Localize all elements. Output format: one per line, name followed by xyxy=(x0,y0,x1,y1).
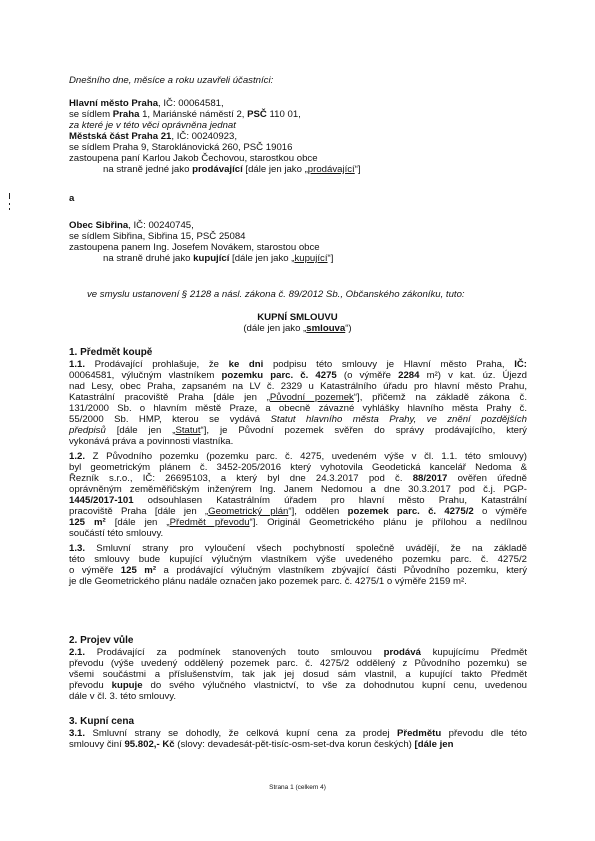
text: [dále jen jako „ xyxy=(229,253,294,264)
text-segment: Katastrální pracoviště Praha [dále jen „ xyxy=(69,392,270,403)
text-segment: kupujícímu Předmět xyxy=(421,647,527,658)
text: “) xyxy=(345,323,351,334)
text-segment: pozemku parc. č. 4275 xyxy=(222,370,337,381)
clause-line: všemi součástmi a příslušenstvím, tak ja… xyxy=(69,669,527,680)
clause-line: nad Lesy, obec Praha, zapsaném na LV č. … xyxy=(69,381,527,392)
text: (dále jen jako „ xyxy=(243,323,306,334)
legal-basis: ve smyslu ustanovení § 2128 a násl. záko… xyxy=(87,289,465,300)
clause-line: 1.3. Smluvní strany pro vyloučení všech … xyxy=(69,543,527,554)
contract-subtitle: (dále jen jako „smlouva“) xyxy=(0,323,595,334)
text-segment: součástí této smlouvy. xyxy=(69,528,163,539)
clause-line: Řezník s.r.o., IČ: 26695103, a který byl… xyxy=(69,473,527,484)
party2-name-line: Obec Sibřina, IČ: 00240745, xyxy=(69,220,194,231)
clause-line: smlouvy činí 95.802,- Kč (slovy: devades… xyxy=(69,739,453,750)
clause-line: součástí této smlouvy. xyxy=(69,528,163,539)
section-3-heading: 3. Kupní cena xyxy=(69,716,134,727)
text-segment: je dle Geometrického plánu nadále označe… xyxy=(69,576,467,587)
text-segment: oprávněným zeměměřičským inženýrem Ing. … xyxy=(69,484,527,495)
margin-mark xyxy=(9,203,10,205)
text: se sídlem xyxy=(69,109,113,120)
text-segment: Předmětu xyxy=(397,728,441,739)
text-segment: Z Původního pozemku (pozemku parc. č. 42… xyxy=(85,451,527,462)
text-segment: 2.1. xyxy=(69,647,85,658)
clause-line: vykonává práva a povinnosti vlastníka. xyxy=(69,436,233,447)
text-segment: 00064581, výlučným vlastníkem xyxy=(69,370,222,381)
text-segment: (slovy: devadesát-pět-tisíc-osm-set-dva … xyxy=(175,739,415,750)
text-segment: o výměře xyxy=(69,565,121,576)
text-segment: dále v čl. 3. této smlouvy. xyxy=(69,691,176,702)
party1-role: na straně jedné jako prodávající [dále j… xyxy=(103,164,361,175)
party1-name-line: Hlavní město Praha, IČ: 00064581, xyxy=(69,98,224,109)
party1-ic: , IČ: 00064581, xyxy=(158,98,224,109)
clause-line: předpisů [dále jen „Statut“], je Původní… xyxy=(69,425,527,436)
party2-ic: , IČ: 00240745, xyxy=(128,220,194,231)
text-segment: 95.802,- Kč xyxy=(124,739,174,750)
clause-line: pracoviště Praha [dále jen „Geometrický … xyxy=(69,506,527,517)
text-segment: ke dni xyxy=(229,359,264,370)
margin-mark xyxy=(9,193,10,199)
text-segment: Prodávající prohlašuje, že xyxy=(85,359,229,370)
margin-mark xyxy=(9,208,10,210)
text-segment: Prodávající za podmínek stanovených tout… xyxy=(85,647,384,658)
clause-line: 1.1. Prodávající prohlašuje, že ke dni p… xyxy=(69,359,527,370)
text-segment: 3.1. xyxy=(69,728,85,739)
clause-line: dále v čl. 3. této smlouvy. xyxy=(69,691,176,702)
clause-line: této smlouvy bude kupující výlučným vlas… xyxy=(69,554,527,565)
text-segment: (o výměře xyxy=(337,370,398,381)
text-segment: IČ: xyxy=(514,359,527,370)
text-segment: kupuje xyxy=(112,680,143,691)
text-segment: smlouvy činí xyxy=(69,739,124,750)
clause-line: 1445/2017-101 odsouhlasen Katastrálním ú… xyxy=(69,495,527,506)
text-segment: “], přičemž na základě zákona č. xyxy=(354,392,527,403)
contract-page: Dnešního dne, měsíce a roku uzavřeli úča… xyxy=(0,0,595,841)
text: [dále jen jako „ xyxy=(243,164,308,175)
text-segment: odsouhlasen Katastrálním úřadem pro hlav… xyxy=(134,495,527,506)
party2-seat: se sídlem Sibřina, Sibřina 15, PSČ 25084 xyxy=(69,231,246,242)
text: kupující xyxy=(193,253,229,264)
district-ic: , IČ: 00240923, xyxy=(171,131,237,142)
contract-title: KUPNÍ SMLOUVU xyxy=(0,312,595,323)
text-segment: všemi součástmi a příslušenstvím, tak ja… xyxy=(69,669,527,680)
clause-line: 1.2. Z Původního pozemku (pozemku parc. … xyxy=(69,451,527,462)
text-segment: 125 m² xyxy=(121,565,156,576)
clause-line: je dle Geometrického plánu nadále označe… xyxy=(69,576,467,587)
text-segment: nad Lesy, obec Praha, zapsaném na LV č. … xyxy=(69,381,527,392)
text-segment: 1.3. xyxy=(69,543,85,554)
text-segment: 1445/2017-101 xyxy=(69,495,134,506)
district-name: Městská část Praha 21 xyxy=(69,131,171,142)
party1-seat: se sídlem Praha 1, Mariánské náměstí 2, … xyxy=(69,109,301,120)
text-segment: pracoviště Praha [dále jen „ xyxy=(69,506,208,517)
text-segment: Smluvní strany se dohodly, že celková ku… xyxy=(85,728,397,739)
text-segment: a prodávající výlučným vlastníkem zbývaj… xyxy=(156,565,527,576)
text: 1, Mariánské náměstí 2, xyxy=(139,109,247,120)
section-2-heading: 2. Projev vůle xyxy=(69,635,133,646)
clause-line: 55/2000 Sb. HMP, kterou se vydává Statut… xyxy=(69,414,527,425)
clause-line: 3.1. Smluvní strany se dohodly, že celko… xyxy=(69,728,527,739)
text-segment: podpisu této smlouvy je Hlavní město Pra… xyxy=(263,359,514,370)
text-segment: 1.1. xyxy=(69,359,85,370)
text-segment: “]. Originál Geometrického plánu je příl… xyxy=(250,517,527,528)
party2-represented: zastoupena panem Ing. Josefem Novákem, s… xyxy=(69,242,320,253)
text: prodávající xyxy=(308,164,355,175)
text: prodávající xyxy=(192,164,243,175)
text-segment: 2284 xyxy=(398,370,419,381)
party2-name: Obec Sibřina xyxy=(69,220,128,231)
clause-line: převodu (výše uvedený oddělený pozemek p… xyxy=(69,658,527,669)
text-segment: m²) v kat. úz. Újezd xyxy=(419,370,527,381)
text: smlouva xyxy=(306,323,345,334)
text-segment: “], je Původní pozemek svěřen do správy … xyxy=(201,425,527,436)
text-segment: Statut hlavního města Prahy, ve znění po… xyxy=(271,414,527,425)
text-segment: o výměře xyxy=(474,506,527,517)
clause-line: převodu kupuje do svého výlučného vlastn… xyxy=(69,680,527,691)
clause-line: 00064581, výlučným vlastníkem pozemku pa… xyxy=(69,370,527,381)
text-segment: 131/2000 Sb. o hlavním městě Praze, a ob… xyxy=(69,403,527,414)
text-segment: Původní pozemek xyxy=(270,392,354,403)
party2-role: na straně druhé jako kupující [dále jen … xyxy=(103,253,333,264)
text-segment: [dále jen „ xyxy=(106,517,170,528)
text-segment: [dále jen xyxy=(415,739,454,750)
party1-authorized: za které je v této věci oprávněna jednat xyxy=(69,120,236,131)
text-segment: [dále jen „ xyxy=(106,425,176,436)
text-segment: “], oddělen xyxy=(288,506,347,517)
conjunction: a xyxy=(69,193,74,204)
text: PSČ xyxy=(247,109,267,120)
text-segment: prodává xyxy=(384,647,421,658)
text-segment: vykonává práva a povinnosti vlastníka. xyxy=(69,436,233,447)
text-segment: byl geometrickým plánem č. 3452-205/2016… xyxy=(69,462,527,473)
text-segment: 125 m² xyxy=(69,517,106,528)
text: na straně jedné jako xyxy=(103,164,192,175)
party1-name: Hlavní město Praha xyxy=(69,98,158,109)
district-line: Městská část Praha 21, IČ: 00240923, xyxy=(69,131,237,142)
text-segment: Řezník s.r.o., IČ: 26695103, a který byl… xyxy=(69,473,413,484)
clause-line: 125 m² [dále jen „Předmět převodu“]. Ori… xyxy=(69,517,527,528)
text: 110 01, xyxy=(267,109,301,120)
text-segment: ověřen úředně xyxy=(447,473,527,484)
text: na straně druhé jako xyxy=(103,253,193,264)
text-segment: Geometrický plán xyxy=(208,506,288,517)
text-segment: Předmět převodu xyxy=(170,517,250,528)
text-segment: převodu dle této xyxy=(441,728,527,739)
text-segment: této smlouvy bude kupující výlučným vlas… xyxy=(69,554,527,565)
text-segment: Statut xyxy=(175,425,200,436)
section-1-heading: 1. Předmět koupě xyxy=(69,347,152,358)
page-footer: Strana 1 (celkem 4) xyxy=(0,784,595,791)
clause-line: 131/2000 Sb. o hlavním městě Praze, a ob… xyxy=(69,403,527,414)
text: “] xyxy=(328,253,334,264)
party1-represented: zastoupena paní Karlou Jakob Čechovou, s… xyxy=(69,153,318,164)
text: Praha xyxy=(113,109,140,120)
text: “] xyxy=(355,164,361,175)
clause-line: Katastrální pracoviště Praha [dále jen „… xyxy=(69,392,527,403)
text-segment: převodu (výše uvedený oddělený pozemek p… xyxy=(69,658,527,669)
district-seat: se sídlem Praha 9, Staroklánovická 260, … xyxy=(69,142,292,153)
intro-text: Dnešního dne, měsíce a roku uzavřeli úča… xyxy=(69,75,273,86)
text-segment: převodu xyxy=(69,680,112,691)
text-segment: do svého výlučného vlastnictví, to vše z… xyxy=(143,680,527,691)
text: kupující xyxy=(294,253,327,264)
clause-line: o výměře 125 m² a prodávající výlučným v… xyxy=(69,565,527,576)
text-segment: předpisů xyxy=(69,425,106,436)
clause-line: 2.1. Prodávající za podmínek stanovených… xyxy=(69,647,527,658)
text-segment: 1.2. xyxy=(69,451,85,462)
clause-line: byl geometrickým plánem č. 3452-205/2016… xyxy=(69,462,527,473)
text-segment: 88/2017 xyxy=(413,473,448,484)
clause-line: oprávněným zeměměřičským inženýrem Ing. … xyxy=(69,484,527,495)
text-segment: Smluvní strany pro vyloučení všech pochy… xyxy=(85,543,527,554)
text-segment: 55/2000 Sb. HMP, kterou se vydává xyxy=(69,414,271,425)
text-segment: pozemek parc. č. 4275/2 xyxy=(348,506,474,517)
